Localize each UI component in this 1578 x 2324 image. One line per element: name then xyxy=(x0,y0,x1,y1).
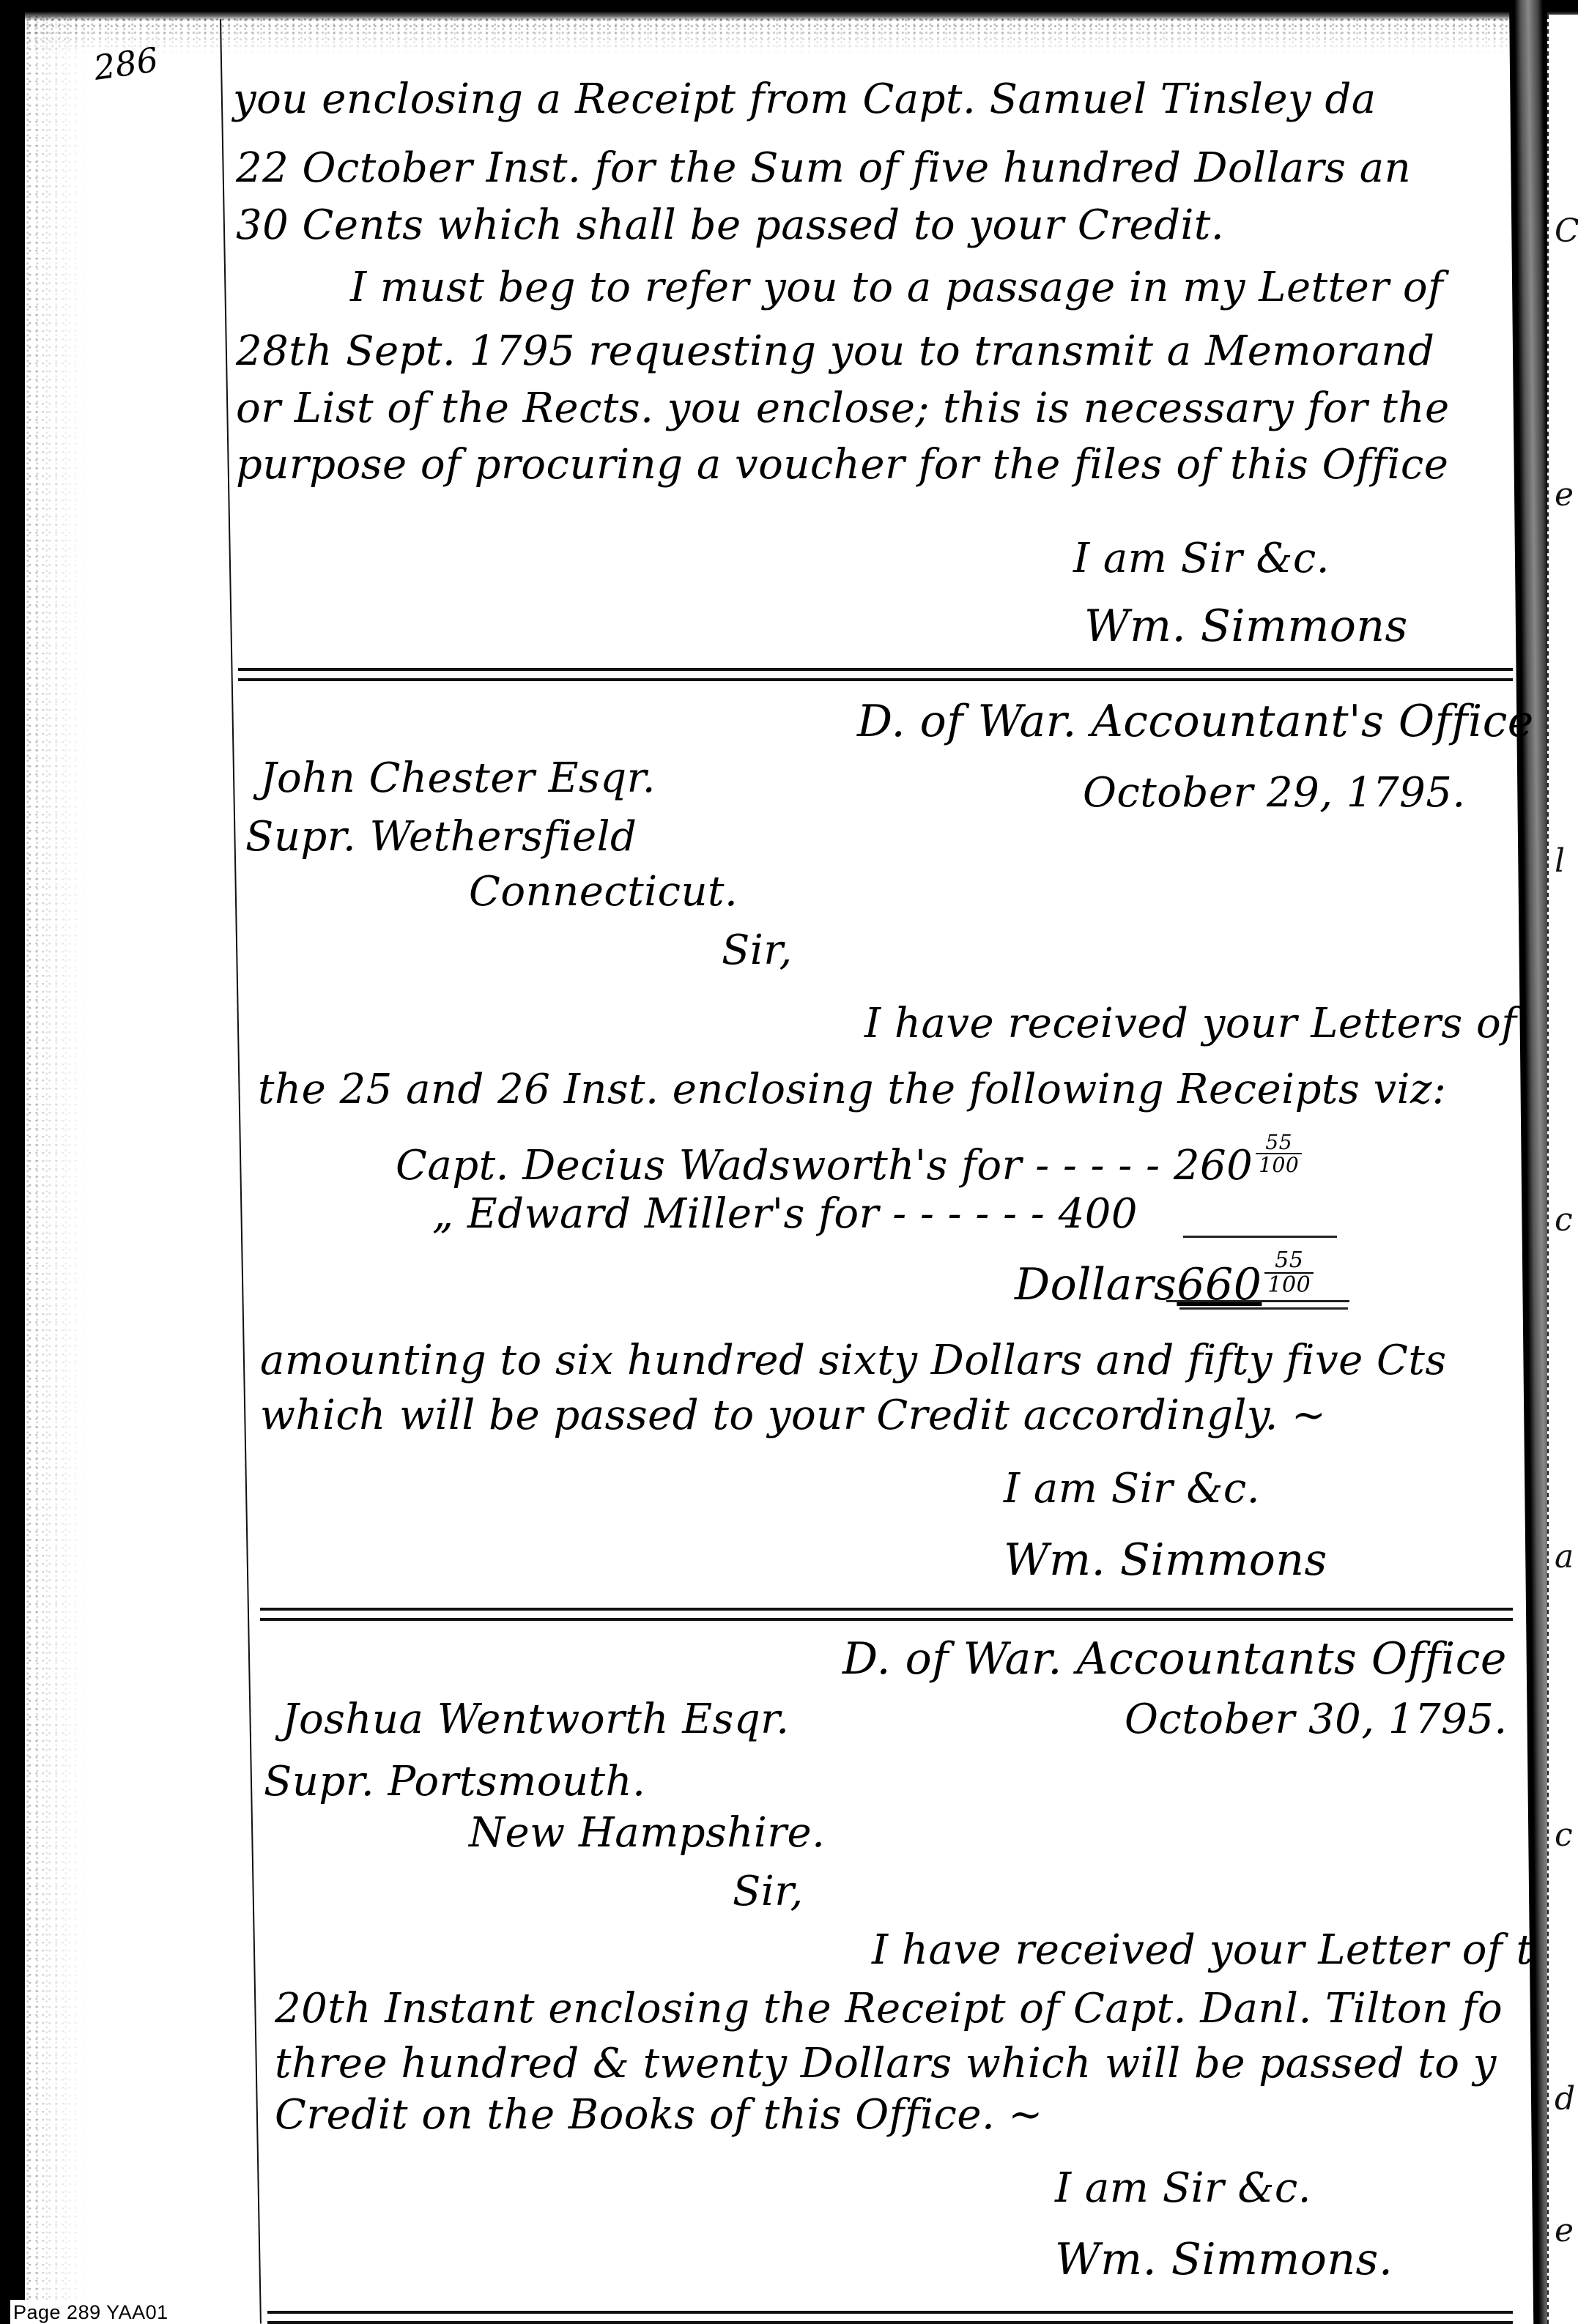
adjacent-page-fragment: l xyxy=(1555,842,1565,880)
addressee-state: Connecticut. xyxy=(469,872,738,913)
salutation: Sir, xyxy=(733,1871,804,1912)
body-line: which will be passed to your Credit acco… xyxy=(260,1395,1326,1436)
body-line: I have received your Letter of t xyxy=(872,1930,1533,1971)
salutation: Sir, xyxy=(722,930,793,971)
receipt-name: Capt. Decius Wadsworth's for xyxy=(396,1142,1022,1189)
adjacent-page-fragment: e xyxy=(1555,2212,1574,2249)
receipt-amount: 400 xyxy=(1059,1190,1138,1238)
addressee-name: Joshua Wentworth Esqr. xyxy=(282,1699,790,1740)
closing: I am Sir &c. xyxy=(1004,1469,1260,1510)
body-line: 28th Sept. 1795 requesting you to transm… xyxy=(236,331,1434,372)
section-divider xyxy=(238,668,1513,681)
addressee-title-place: Supr. Portsmouth. xyxy=(264,1761,645,1803)
body-line: amounting to six hundred sixty Dollars a… xyxy=(260,1340,1447,1381)
receipt-cents: 55100 xyxy=(1256,1132,1302,1176)
receipt-line: „ Edward Miller's for - - - - - - 400 xyxy=(432,1194,1138,1235)
addressee-state: New Hampshire. xyxy=(469,1813,825,1854)
adjacent-page-fragment: C xyxy=(1555,212,1578,250)
scan-noise xyxy=(22,18,1509,54)
total-double-rule xyxy=(1179,1307,1348,1310)
body-line: 22 October Inst. for the Sum of five hun… xyxy=(236,148,1411,189)
signature: Wm. Simmons xyxy=(1084,604,1408,648)
leader-dots: - - - - - - xyxy=(892,1190,1045,1238)
total-line: Dollars66055100 xyxy=(1015,1249,1314,1307)
folio-number: 286 xyxy=(92,40,160,88)
section-divider xyxy=(267,2311,1513,2324)
section-divider xyxy=(260,1608,1513,1621)
adjacent-page-fragment: d xyxy=(1555,2080,1575,2117)
closing: I am Sir &c. xyxy=(1055,2168,1311,2209)
letter-date: October 30, 1795. xyxy=(1125,1699,1508,1740)
body-line: three hundred & twenty Dollars which wil… xyxy=(275,2043,1497,2084)
body-line: I must beg to refer you to a passage in … xyxy=(350,267,1443,308)
scan-noise xyxy=(22,0,88,2324)
adjacent-page-fragment: a xyxy=(1555,1538,1574,1575)
letter-date: October 29, 1795. xyxy=(1083,773,1466,814)
receipt-name: „ Edward Miller's for xyxy=(432,1190,879,1238)
signature: Wm. Simmons xyxy=(1004,1538,1327,1582)
body-line: you enclosing a Receipt from Capt. Samue… xyxy=(233,79,1377,120)
total-double-rule xyxy=(1166,1300,1349,1302)
body-line: purpose of procuring a voucher for the f… xyxy=(236,445,1448,486)
leader-dots: - - - - - xyxy=(1035,1142,1160,1189)
body-line: I have received your Letters of xyxy=(864,1003,1516,1044)
flourish-mark: ~ xyxy=(1292,1395,1326,1436)
flourish-mark: ~ xyxy=(1008,2095,1042,2136)
body-line: or List of the Rects. you enclose; this … xyxy=(236,388,1450,429)
scan-left-edge xyxy=(0,0,25,2324)
adjacent-page-fragment: c xyxy=(1555,1816,1573,1854)
signature: Wm. Simmons. xyxy=(1055,2238,1393,2282)
adjacent-page-fragment: c xyxy=(1555,1201,1573,1239)
office-header: D. of War. Accountant's Office xyxy=(857,699,1534,743)
scanned-manuscript-page: C e l c a c d e 286 you enclosing a Rece… xyxy=(0,0,1578,2324)
receipt-line: Capt. Decius Wadsworth's for - - - - - 2… xyxy=(396,1132,1302,1187)
archive-page-label: Page 289 YAA01 xyxy=(10,2300,173,2324)
sum-rule xyxy=(1183,1236,1337,1238)
total-amount: 660 xyxy=(1177,1259,1262,1310)
office-header: D. of War. Accountants Office xyxy=(842,1637,1507,1681)
body-line: Credit on the Books of this Office.~ xyxy=(275,2095,1043,2136)
addressee-name: John Chester Esqr. xyxy=(260,758,656,799)
body-line: the 25 and 26 Inst. enclosing the follow… xyxy=(258,1069,1446,1110)
addressee-title-place: Supr. Wethersfield xyxy=(245,817,637,858)
adjacent-page-fragment: e xyxy=(1555,476,1574,513)
receipt-amount: 260 xyxy=(1174,1142,1253,1189)
closing: I am Sir &c. xyxy=(1073,538,1330,579)
adjacent-page-edge xyxy=(1547,15,1578,2324)
total-label: Dollars xyxy=(1015,1259,1177,1310)
body-line: 30 Cents which shall be passed to your C… xyxy=(236,205,1224,246)
total-cents: 55100 xyxy=(1264,1249,1314,1296)
body-line: 20th Instant enclosing the Receipt of Ca… xyxy=(275,1989,1503,2030)
